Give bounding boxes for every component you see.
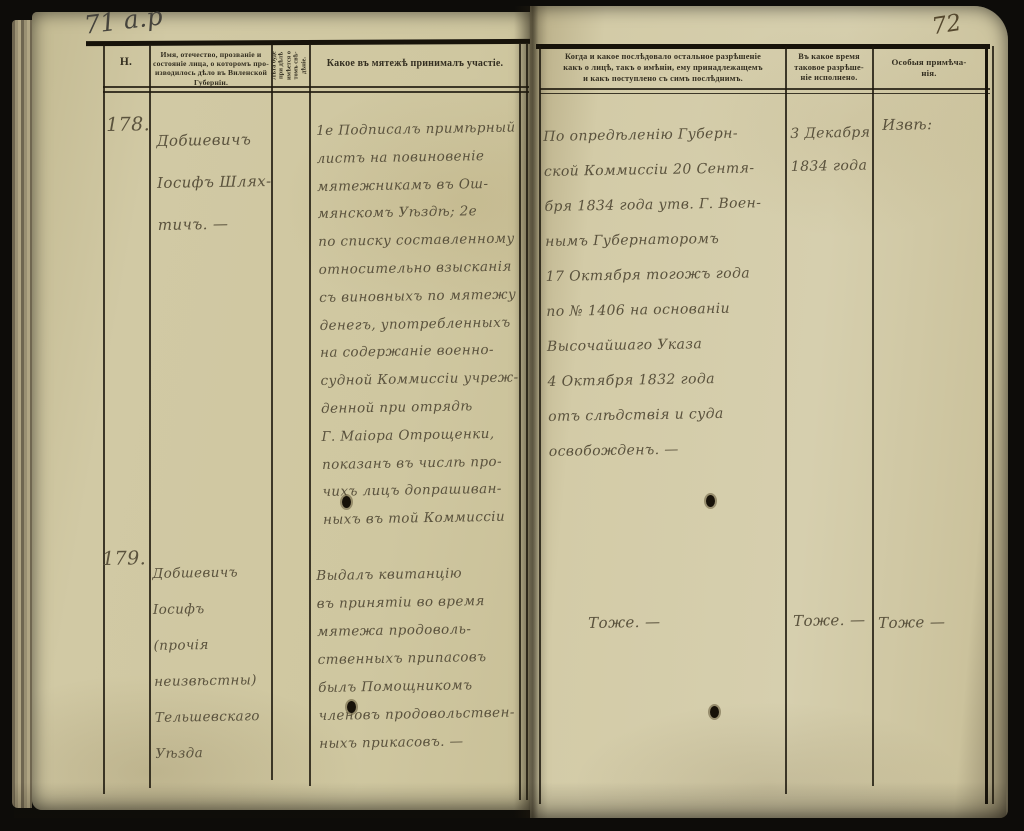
table-right-border xyxy=(985,46,988,804)
entry-resolution: Тоже. — xyxy=(588,613,661,632)
entry-number: 179. xyxy=(102,547,146,570)
scanned-register-spread: 71 а.р 72 Н. Имя, отечество, прозваніе и… xyxy=(0,0,1024,831)
header-number-column: Н. xyxy=(103,56,149,68)
entry-name: Добшевичъ Іосифъ Шлях- тичъ. — xyxy=(156,118,278,246)
entry-notes: Тоже — xyxy=(878,613,945,632)
entry-participation: 1е Подписалъ примѣрный листъ на повинове… xyxy=(316,114,535,535)
header-resolution-column: Когда и какое послѣдовало остальное разр… xyxy=(541,51,785,84)
header-bottom-rule xyxy=(540,93,990,94)
column-divider xyxy=(103,44,105,794)
header-notes-column: Особыя примѣча- нія. xyxy=(873,57,985,79)
header-age-column: Лѣта буде при дѣлѣ имѣется о томъ свѣ- д… xyxy=(267,44,311,88)
table-top-border-right xyxy=(536,44,990,49)
right-folio-number: 72 xyxy=(930,10,963,40)
header-age-column-label: Лѣта буде при дѣлѣ имѣется о томъ свѣ- д… xyxy=(270,44,307,88)
entry-executed: 3 Декабря 1834 года xyxy=(790,116,879,184)
book-page-edges xyxy=(12,20,32,808)
entry-participation: Выдалъ квитанцію въ принятіи во время мя… xyxy=(316,558,535,758)
header-name-column: Имя, отечество, прозваніе и состояніе ли… xyxy=(151,50,271,87)
entry-resolution: По опредѣленію Губерн- ской Коммиссіи 20… xyxy=(543,116,797,470)
entry-notes: Извѣ: xyxy=(882,114,978,134)
column-divider xyxy=(539,46,541,804)
page-bottom-shadow xyxy=(14,782,1006,818)
header-bottom-rule xyxy=(540,88,990,90)
header-executed-column: Въ какое время таковое разрѣше- ніе испо… xyxy=(786,52,872,84)
table-right-border xyxy=(992,46,994,804)
punch-hole xyxy=(347,701,356,713)
entry-number: 178. xyxy=(106,113,150,136)
header-participation-column: Какое въ мятежѣ принималъ участіе. xyxy=(311,58,519,69)
punch-hole xyxy=(710,706,719,718)
punch-hole xyxy=(706,495,715,507)
header-bottom-rule xyxy=(103,91,529,93)
entry-name: Добшевичъ Іосифъ (прочія неизвѣстны) Тел… xyxy=(152,554,292,772)
entry-executed: Тоже. — xyxy=(793,611,866,630)
column-divider xyxy=(149,44,151,788)
column-divider xyxy=(309,44,311,786)
punch-hole xyxy=(342,496,351,508)
